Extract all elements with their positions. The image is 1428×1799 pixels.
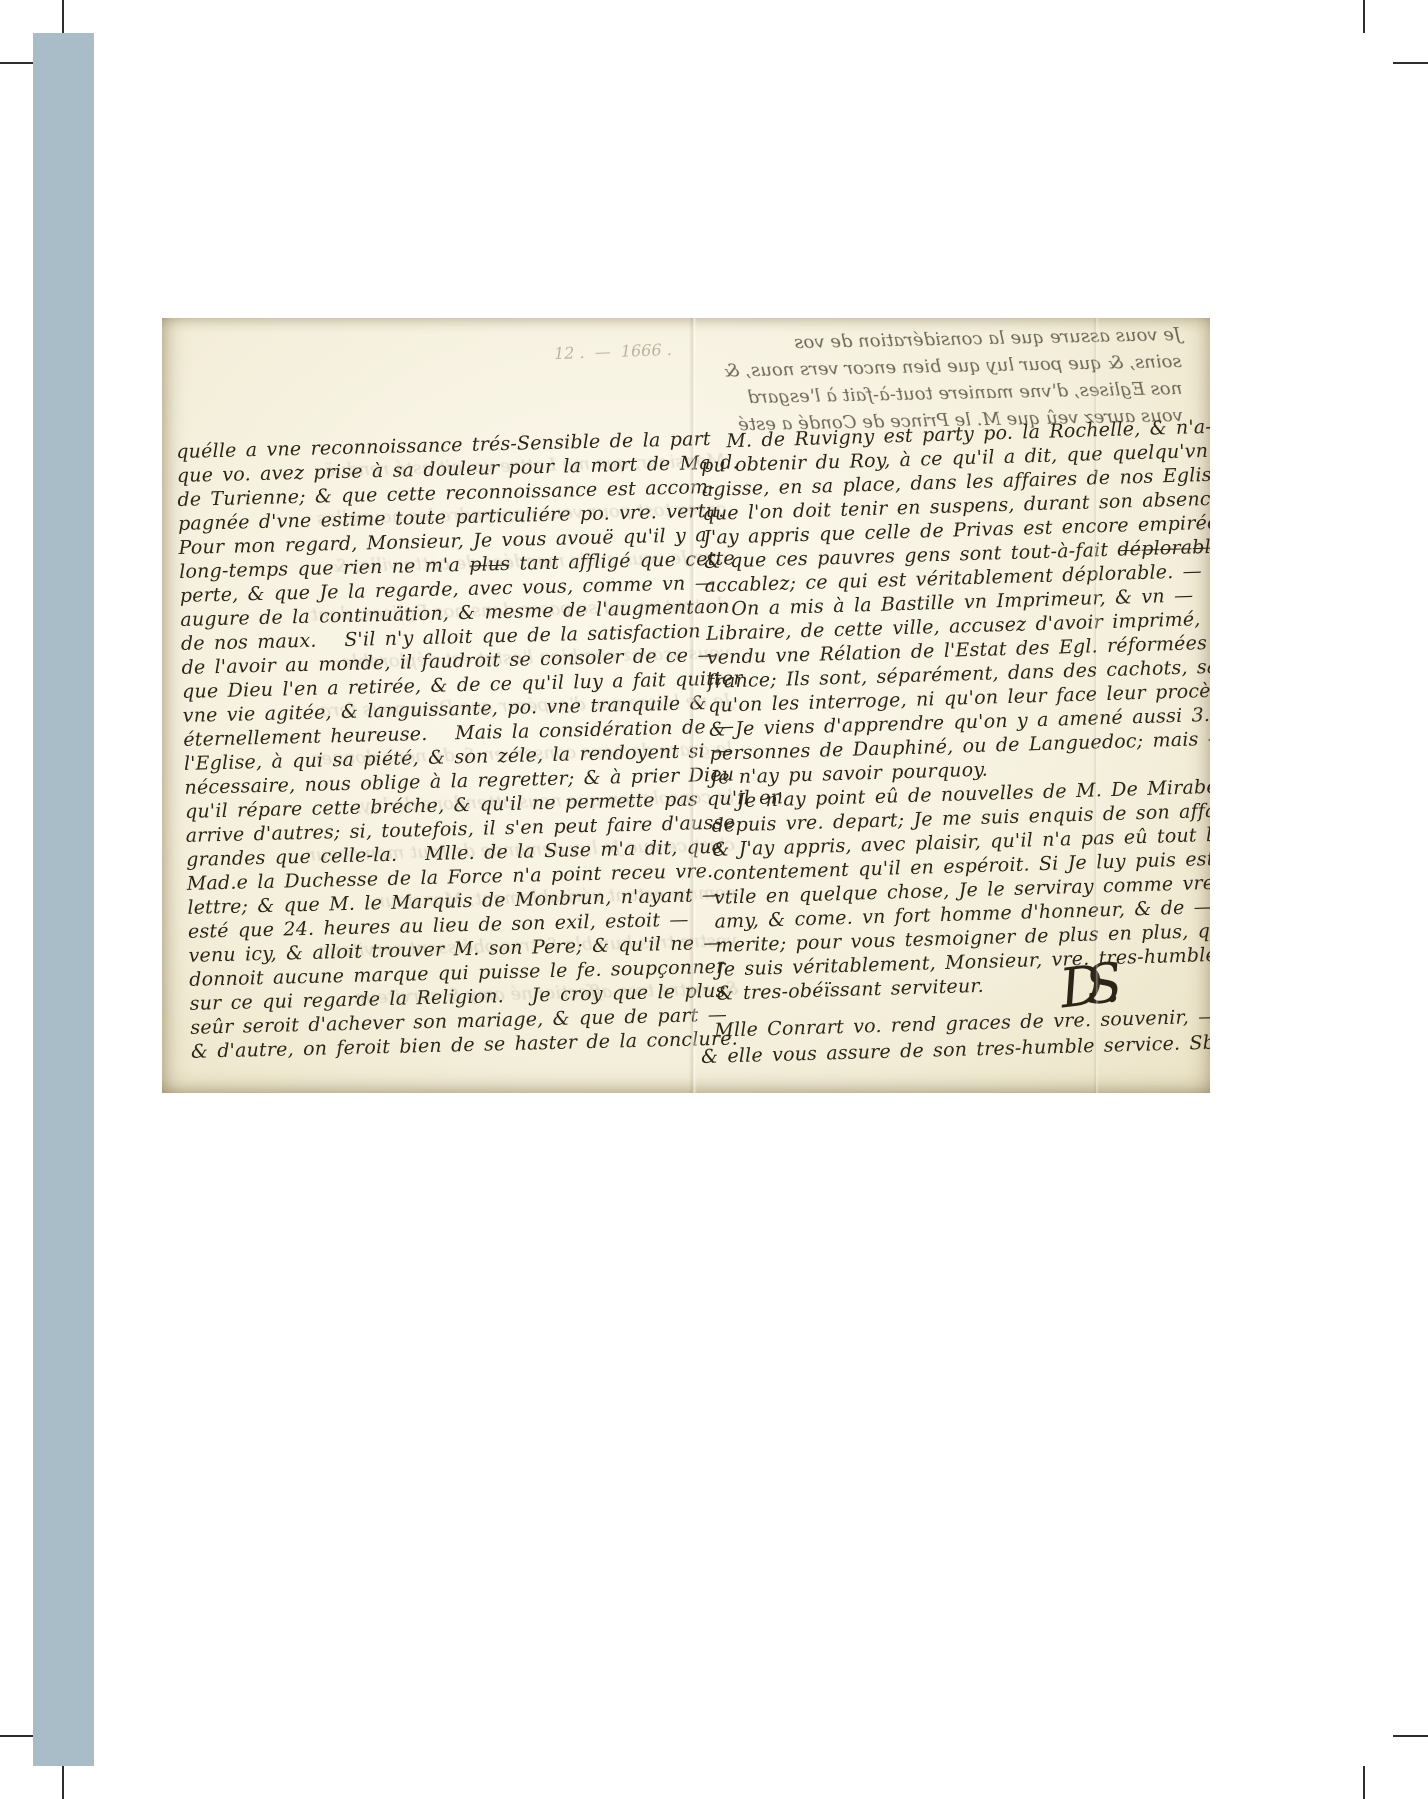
print-page: Monsieur, que ma Lettre vo. ait esté ren… (0, 0, 1428, 1799)
bleedthrough-line: Je vous assure que la considération de v… (701, 321, 1181, 358)
crop-mark-bottom-right-horizontal (1393, 1735, 1428, 1737)
manuscript-right-page: M. de Ruvigny est party po. la Rochelle,… (700, 415, 1210, 1006)
crop-mark-top-right-vertical (1363, 0, 1365, 33)
faint-date-annotation: 12 . — 1666 . (554, 340, 672, 363)
crop-mark-top-right-horizontal (1393, 62, 1428, 64)
crop-mark-bottom-right-vertical (1363, 1766, 1365, 1799)
crop-mark-bottom-left-horizontal (0, 1735, 35, 1737)
manuscript-scan: Monsieur, que ma Lettre vo. ait esté ren… (162, 318, 1210, 1093)
bleedthrough-line: nos Eglises, d'vne maniere tout-à-fait à… (702, 375, 1182, 412)
crop-mark-top-left-vertical (62, 0, 64, 33)
crop-mark-bottom-left-vertical (62, 1766, 64, 1799)
bleedthrough-line: soins, & que pour luy que bien encor ver… (701, 348, 1181, 385)
manuscript-left-page: quélle a vne reconnoissance trés-Sensibl… (176, 425, 789, 1063)
crop-mark-top-left-horizontal (0, 62, 35, 64)
accent-bar (33, 33, 94, 1766)
